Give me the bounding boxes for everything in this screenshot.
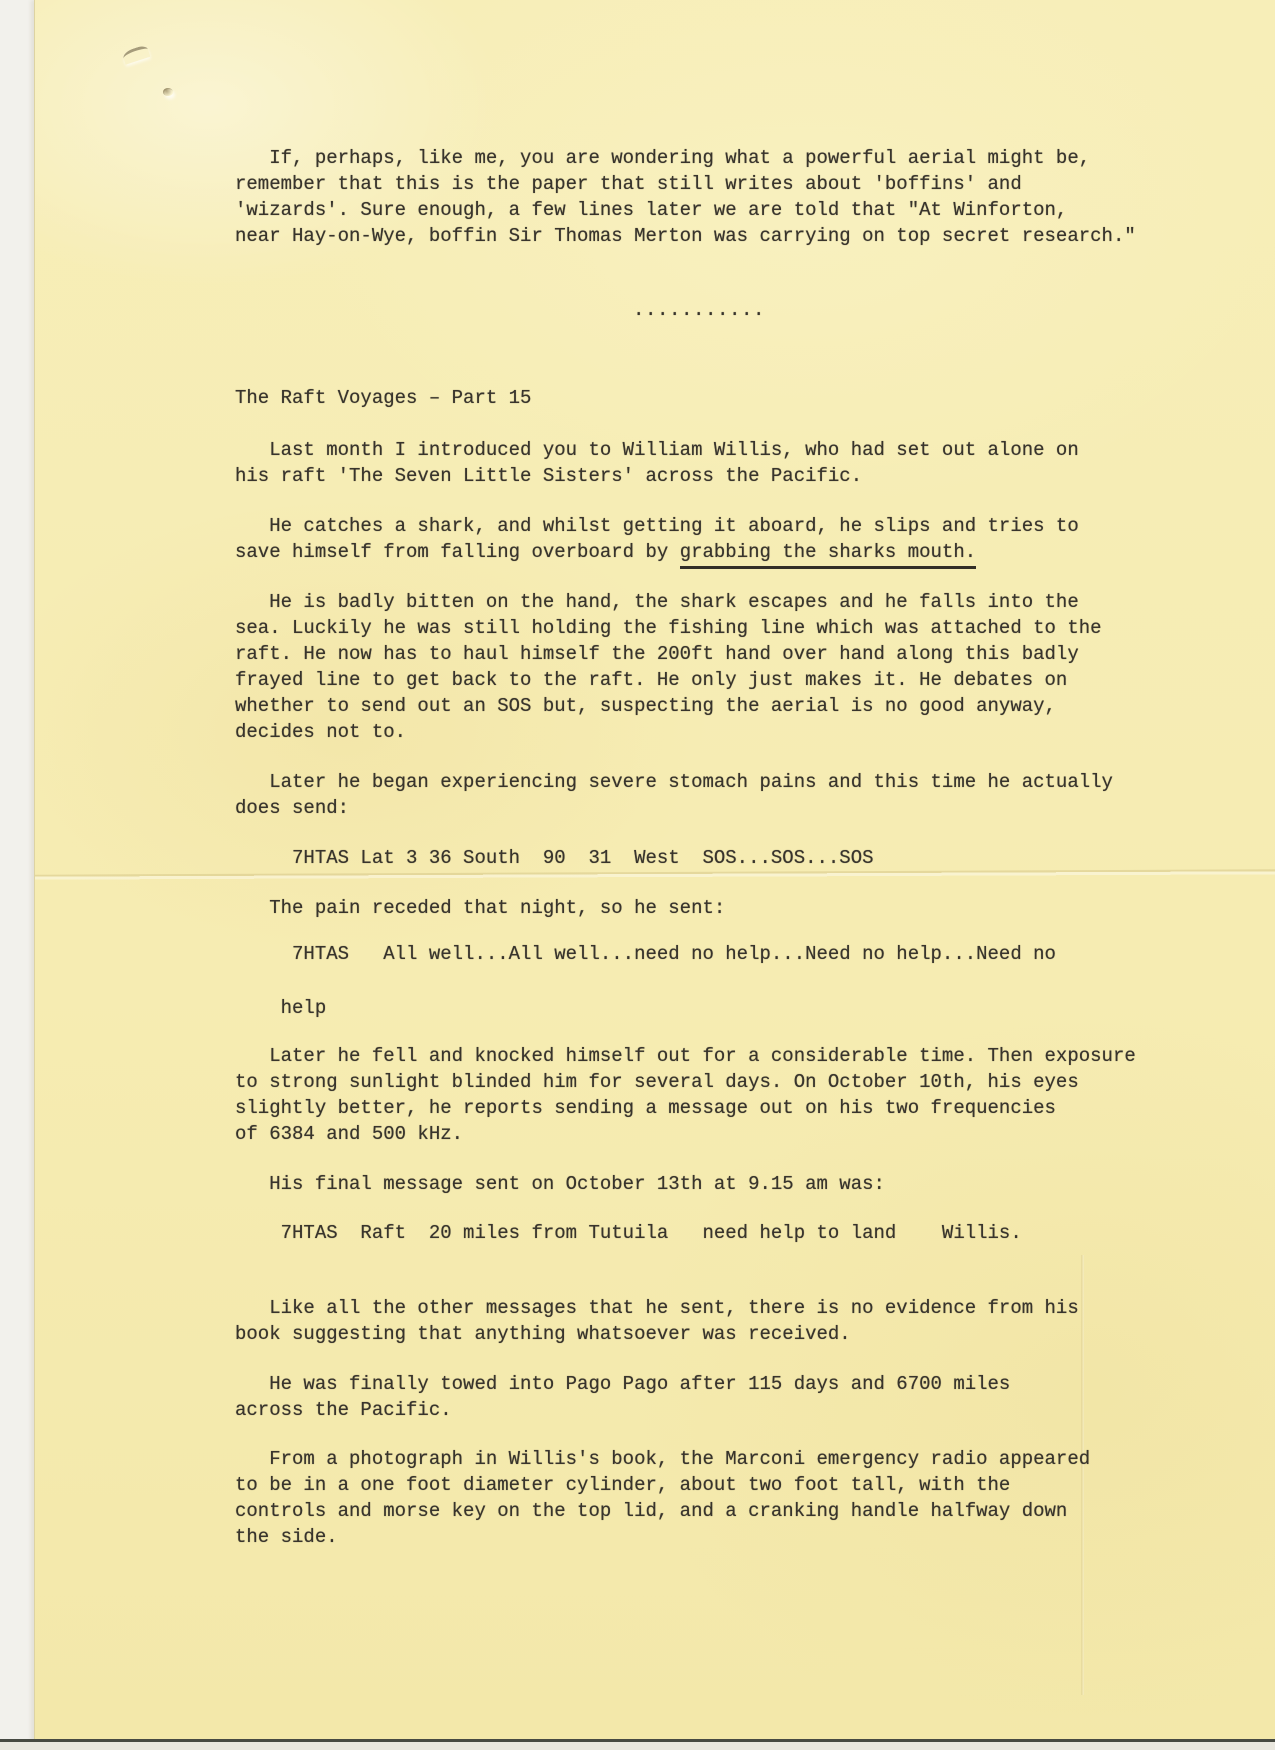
- paragraph-pain-receded: The pain receded that night, so he sent:: [235, 895, 1235, 921]
- scan-bottom-edge: [0, 1739, 1275, 1750]
- radio-message-all-well: 7HTAS All well...All well...need no help…: [235, 941, 1235, 967]
- section-title: The Raft Voyages – Part 15: [235, 385, 1235, 411]
- radio-message-sos: 7HTAS Lat 3 36 South 90 31 West SOS...SO…: [235, 845, 1235, 871]
- paragraph-towed: He was finally towed into Pago Pago afte…: [235, 1371, 1235, 1423]
- paper-sheet: If, perhaps, like me, you are wondering …: [34, 0, 1275, 1742]
- paragraph-last-month: Last month I introduced you to William W…: [235, 437, 1235, 489]
- paragraph-fell-blinded: Later he fell and knocked himself out fo…: [235, 1043, 1235, 1147]
- typewritten-text: If, perhaps, like me, you are wondering …: [35, 0, 1275, 1550]
- paragraph-no-evidence: Like all the other messages that he sent…: [235, 1295, 1235, 1347]
- radio-message-help: help: [235, 995, 1235, 1021]
- paragraph-photograph: From a photograph in Willis's book, the …: [235, 1446, 1235, 1550]
- radio-message-raft: 7HTAS Raft 20 miles from Tutuila need he…: [235, 1220, 1235, 1246]
- paragraph-stomach-pains: Later he began experiencing severe stoma…: [235, 769, 1235, 821]
- paragraph-final-message: His final message sent on October 13th a…: [235, 1171, 1235, 1197]
- section-divider-dots: ...........: [633, 297, 1235, 323]
- intro-paragraph: If, perhaps, like me, you are wondering …: [235, 145, 1235, 249]
- scanned-page: If, perhaps, like me, you are wondering …: [0, 0, 1275, 1750]
- paragraph-shark: He catches a shark, and whilst getting i…: [235, 513, 1235, 565]
- paragraph-bitten: He is badly bitten on the hand, the shar…: [235, 589, 1235, 745]
- underlined-phrase: grabbing the sharks mouth.: [680, 541, 976, 569]
